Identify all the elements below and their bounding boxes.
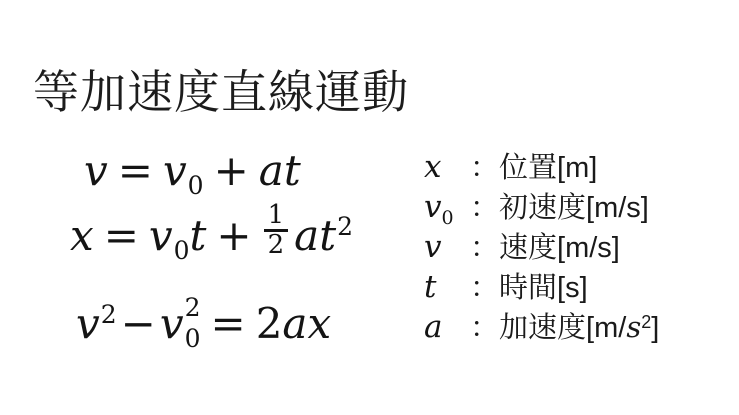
unit-superscript: 2 (641, 312, 651, 332)
math-var: v (160, 299, 184, 348)
unit: [m] (557, 152, 597, 184)
unit: [m/s] (557, 232, 620, 264)
quantity-label: 位置 (499, 152, 557, 184)
symbol-box: x (424, 147, 470, 187)
colon: ： (470, 232, 499, 264)
symbol-box: a (424, 307, 470, 347)
colon: ： (470, 312, 499, 344)
legend-row-acceleration: a：加速度[m/s2] (424, 307, 659, 347)
variable-symbol: x (424, 149, 441, 185)
colon: ： (470, 272, 499, 304)
quantity-label: 加速度 (499, 312, 586, 344)
equation-velocity-time: v=v0+at (84, 146, 301, 196)
equals-sign: = (104, 211, 139, 260)
superscript: 2 (101, 300, 117, 329)
minus-sign: − (121, 299, 156, 348)
superscript: 2 (337, 212, 353, 241)
fraction-denominator: 2 (264, 229, 289, 259)
subscript: 0 (185, 326, 201, 351)
math-var: v (84, 146, 108, 195)
variable-symbol: v (424, 189, 442, 225)
equation-position-time: x=v0t+12at2 (70, 211, 353, 287)
equals-sign: = (210, 299, 245, 348)
variable-legend: x：位置[m] v0：初速度[m/s] v：速度[m/s] t：時間[s] a：… (424, 147, 659, 347)
legend-row-velocity: v：速度[m/s] (424, 227, 659, 267)
symbol-box: v0 (424, 187, 470, 227)
fraction-one-half: 12 (264, 202, 289, 260)
math-var: t (319, 211, 336, 260)
unit-close-bracket: ] (651, 312, 659, 344)
colon: ： (470, 192, 499, 224)
math-var: t (190, 211, 207, 260)
sup-sub-stack: 20 (185, 295, 201, 351)
symbol-box: v (424, 227, 470, 267)
quantity-label: 速度 (499, 232, 557, 264)
page-title: 等加速度直線運動 (33, 56, 409, 122)
legend-row-initial-velocity: v0：初速度[m/s] (424, 187, 659, 227)
variable-symbol: a (424, 309, 442, 345)
quantity-label: 初速度 (499, 192, 586, 224)
math-var: a (294, 211, 319, 260)
math-coefficient: 2 (256, 299, 283, 348)
math-var: x (70, 211, 94, 260)
variable-symbol: t (424, 269, 436, 305)
unit-prefix: [m/ (586, 312, 626, 344)
superscript: 2 (185, 295, 201, 320)
unit-seconds-symbol: s (626, 310, 641, 344)
math-var: v (149, 211, 173, 260)
math-term: ax (282, 299, 331, 348)
quantity-label: 時間 (499, 272, 557, 304)
unit: [s] (557, 272, 588, 304)
fraction-numerator: 1 (264, 202, 289, 229)
symbol-box: t (424, 267, 470, 307)
unit: [m/s2] (586, 312, 659, 344)
math-var: v (76, 299, 100, 348)
plus-sign: + (216, 211, 251, 260)
subscript: 0 (174, 236, 190, 265)
colon: ： (470, 152, 499, 184)
subscript: 0 (188, 171, 204, 200)
legend-row-time: t：時間[s] (424, 267, 659, 307)
equation-velocity-squared: v2−v20=2ax (76, 299, 331, 373)
unit: [m/s] (586, 192, 649, 224)
math-var: v (163, 146, 187, 195)
legend-row-position: x：位置[m] (424, 147, 659, 187)
plus-sign: + (214, 146, 249, 195)
equals-sign: = (118, 146, 153, 195)
slide-canvas: 等加速度直線運動 v=v0+at x=v0t+12at2 v2−v20=2ax … (0, 0, 739, 415)
variable-subscript: 0 (442, 207, 454, 229)
variable-symbol: v (424, 229, 442, 265)
math-term: at (259, 146, 301, 195)
